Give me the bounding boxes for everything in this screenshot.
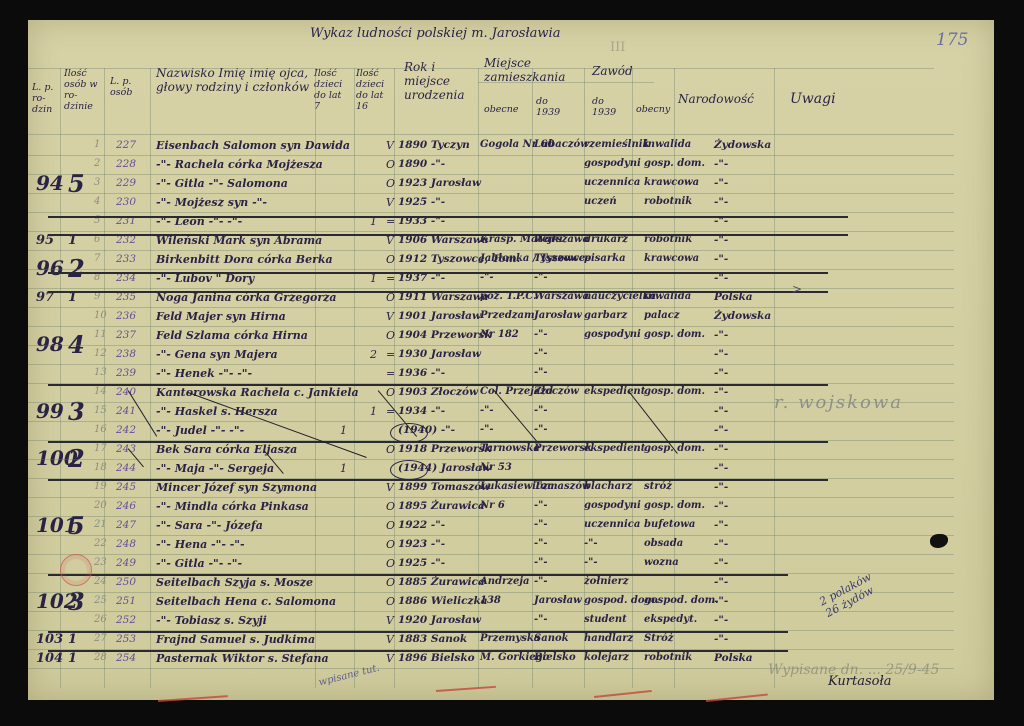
cell-res39: Bielsko	[534, 652, 576, 663]
signature: Kurtasoła	[828, 674, 891, 689]
circled-year	[390, 423, 428, 443]
cell-birth: 1934 -"-	[398, 405, 445, 417]
cell-lpo: 240	[116, 386, 136, 398]
cell-nat: -"-	[714, 633, 728, 645]
table-row: 27253Frajnd Samuel s. JudkimaV1883 Sanok…	[28, 631, 994, 650]
table-row: 2228-"- Rachela córka MojżeszaO1890 -"-g…	[28, 156, 994, 175]
cell-name: -"- Gitla -"- Salomona	[156, 177, 288, 190]
cell-lpo: 242	[116, 424, 136, 436]
cell-res39: -"-	[534, 538, 548, 549]
table-row: 17243Bek Sara córka EljaszaO1918 Przewor…	[28, 441, 994, 460]
cell-nat: Żydowska	[714, 139, 771, 151]
cell-birth: 1918 Przeworsk	[398, 443, 492, 455]
family-separator	[48, 479, 828, 481]
cell-birth: 1904 Przeworsk	[398, 329, 492, 341]
cell-name: Pasternak Wiktor s. Stefana	[156, 652, 329, 665]
cell-lpo: 246	[116, 500, 136, 512]
cell-mark: O	[386, 538, 395, 551]
cell-job: gosp. dom.	[644, 500, 705, 511]
cell-birth: 1936 -"-	[398, 367, 445, 379]
cell-lpo: 238	[116, 348, 136, 360]
cell-nat: -"-	[714, 557, 728, 569]
cell-res39: Jarosław	[534, 310, 582, 321]
cell-job39: blacharz	[584, 481, 632, 492]
cell-mark: V	[386, 481, 394, 494]
cell-lpo: 236	[116, 310, 136, 322]
cell-mark: O	[386, 158, 395, 171]
cell-res39: Tomaszów	[534, 481, 591, 492]
cell-job: bufetowa	[644, 519, 695, 530]
cell-job: inwalida	[644, 139, 691, 150]
table-row: 13239-"- Henek -"- -"-=1936 -"--"--"-	[28, 365, 994, 384]
red-underline	[436, 686, 496, 692]
cell-n: 21	[94, 519, 107, 530]
document-page: Wykaz ludności polskiej m. Jarosławia 17…	[28, 20, 994, 700]
cell-birth: 1923 Jarosław	[398, 177, 481, 189]
cell-name: -"- Haskel s. Hersza	[156, 405, 278, 418]
cell-name: -"- Gena syn Majera	[156, 348, 278, 361]
cell-n: 15	[94, 405, 107, 416]
cell-lpo: 250	[116, 576, 136, 588]
cell-name: Frajnd Samuel s. Judkima	[156, 633, 315, 646]
header-dzieci-7: Ilość dzieci do lat 7	[314, 68, 344, 112]
cell-birth: 1886 Wieliczka	[398, 595, 488, 607]
cell-nat: -"-	[714, 481, 728, 493]
cell-n: 3	[94, 177, 100, 188]
cell-n: 4	[94, 196, 100, 207]
family-separator	[48, 216, 848, 218]
cell-job: gospod. dom.	[644, 595, 719, 606]
cell-res39: -"-	[534, 614, 548, 625]
cell-lpo: 245	[116, 481, 136, 493]
cell-name: -"- Tobiasz s. Szyji	[156, 614, 267, 627]
cell-k16: 1	[370, 405, 377, 418]
cell-name: Birkenbitt Dora córka Berka	[156, 253, 333, 266]
cell-mark: =	[386, 348, 395, 361]
cell-job39: pisarka	[584, 253, 626, 264]
cell-birth: 1899 Tomaszów	[398, 481, 490, 493]
cell-job39: uczeń	[584, 196, 617, 207]
cell-mark: O	[386, 519, 395, 532]
cell-lpo: 249	[116, 557, 136, 569]
cell-mark: V	[386, 196, 394, 209]
family-separator	[48, 234, 848, 236]
table-row: 12238-"- Gena syn Majera2=1930 Jarosław-…	[28, 346, 994, 365]
cell-mark: O	[386, 253, 395, 266]
cell-lpo: 229	[116, 177, 136, 189]
cell-name: Kantorowska Rachela c. Jankiela	[156, 386, 359, 399]
header-zawod-obecny: obecny	[636, 104, 670, 115]
header-lp-rodzin: L. p. ro-dzin	[32, 82, 60, 115]
cell-mark: V	[386, 614, 394, 627]
cell-res39: -"-	[534, 557, 548, 568]
circled-year	[390, 460, 428, 480]
cell-lpo: 254	[116, 652, 136, 664]
cell-res39: Tyszowce	[534, 253, 585, 264]
cell-name: Feld Majer syn Hirna	[156, 310, 286, 323]
family-separator	[48, 384, 828, 386]
header-rok-miejsce: Rok i miejsce urodzenia	[404, 60, 474, 102]
header-nazwisko: Nazwisko Imię imię ojca, głowy rodziny i…	[156, 66, 316, 94]
cell-nat: -"-	[714, 443, 728, 455]
cell-res39: -"-	[534, 576, 548, 587]
cell-n: 7	[94, 253, 100, 264]
cell-n: 28	[94, 652, 107, 663]
cell-n: 13	[94, 367, 107, 378]
cell-job: gosp. dom.	[644, 158, 705, 169]
cell-res39: -"-	[534, 405, 548, 416]
cell-res: 138	[480, 595, 501, 606]
cell-res39: Złoczów	[534, 386, 579, 397]
cell-lpo: 239	[116, 367, 136, 379]
cell-res39: -"-	[534, 424, 548, 435]
red-underline	[594, 690, 652, 698]
cell-nat: -"-	[714, 329, 728, 341]
cell-nat: -"-	[714, 576, 728, 588]
cell-n: 22	[94, 538, 107, 549]
cell-n: 11	[94, 329, 107, 340]
header-zam-1939: do 1939	[536, 96, 564, 118]
family-separator	[48, 631, 788, 633]
cell-job39: kolejarz	[584, 652, 629, 663]
cell-res: Nr 182	[480, 329, 519, 340]
remark-note: r. wojskowa	[774, 392, 903, 413]
header-zam-obecnie: obecne	[484, 104, 518, 115]
cell-nat: -"-	[714, 177, 728, 189]
cell-job39: garbarz	[584, 310, 627, 321]
cell-mark: V	[386, 310, 394, 323]
cell-job39: gospodyni	[584, 158, 641, 169]
cell-nat: -"-	[714, 158, 728, 170]
cell-res39: Jarosław	[534, 595, 582, 606]
cell-mark: V	[386, 652, 394, 665]
arrow-mark: >	[792, 282, 802, 296]
cell-birth: 1890 -"-	[398, 158, 445, 170]
cell-mark: O	[386, 329, 395, 342]
cell-job: ekspedyt.	[644, 614, 697, 625]
cell-n: 20	[94, 500, 107, 511]
table-row: 7233Birkenbitt Dora córka BerkaO1912 Tys…	[28, 251, 994, 270]
cell-n: 19	[94, 481, 107, 492]
grid-line	[28, 68, 934, 69]
cell-birth: 1930 Jarosław	[398, 348, 481, 360]
red-underline	[158, 695, 228, 701]
cell-n: 12	[94, 348, 107, 359]
cell-name: Feld Szlama córka Hirna	[156, 329, 308, 342]
cell-job39: żołnierz	[584, 576, 629, 587]
cell-lpo: 251	[116, 595, 136, 607]
cell-job: stróż	[644, 481, 672, 492]
cell-birth: 1923 -"-	[398, 538, 445, 550]
table-row: 21247-"- Sara -"- JózefaO1922 -"--"-ucze…	[28, 517, 994, 536]
cell-mark: O	[386, 595, 395, 608]
cell-res39: Lubaczów	[534, 139, 589, 150]
table-row: 22248-"- Hena -"- -"-O1923 -"--"--"-obsa…	[28, 536, 994, 555]
cell-birth: 1890 Tyczyn	[398, 139, 470, 151]
cell-name: -"- Judel -"- -"-	[156, 424, 244, 437]
table-row: 23249-"- Gitla -"- -"-O1925 -"--"--"-woz…	[28, 555, 994, 574]
cell-lpo: 228	[116, 158, 136, 170]
cell-res39: -"-	[534, 367, 548, 378]
table-row: 3229-"- Gitla -"- SalomonaO1923 Jarosław…	[28, 175, 994, 194]
cell-name: Seitelbach Hena c. Salomona	[156, 595, 336, 608]
cell-job: palacz	[644, 310, 680, 321]
table-row: 18244-"- Maja -"- Sergeja1(1944) Jarosła…	[28, 460, 994, 479]
cell-name: Eisenbach Salomon syn Dawida	[156, 139, 350, 152]
header-zawod: Zawód	[592, 64, 633, 78]
red-underline	[706, 694, 768, 702]
cell-job39: gospodyni	[584, 500, 641, 511]
cell-mark: O	[386, 177, 395, 190]
cell-res: Przedzam.	[480, 310, 538, 321]
family-separator	[48, 441, 828, 443]
cell-birth: 1925 -"-	[398, 196, 445, 208]
cell-nat: -"-	[714, 462, 728, 474]
cell-res39: -"-	[534, 329, 548, 340]
header-zamieszkanie: Miejsce zamieszkania	[484, 56, 584, 84]
cell-nat: -"-	[714, 196, 728, 208]
cell-lpo: 247	[116, 519, 136, 531]
cell-res39: -"-	[534, 348, 548, 359]
cell-name: -"- Maja -"- Sergeja	[156, 462, 274, 475]
cell-name: Seitelbach Szyja s. Mosze	[156, 576, 313, 589]
cell-lpo: 244	[116, 462, 136, 474]
cell-mark: O	[386, 557, 395, 570]
cell-n: 18	[94, 462, 107, 473]
cell-n: 10	[94, 310, 107, 321]
cell-lpo: 233	[116, 253, 136, 265]
cell-res: Przemyska	[480, 633, 540, 644]
table-row: 26252-"- Tobiasz s. SzyjiV1920 Jarosław-…	[28, 612, 994, 631]
cell-nat: -"-	[714, 348, 728, 360]
header-zawod-1939: do 1939	[592, 96, 620, 118]
cell-n: 25	[94, 595, 107, 606]
cell-job: robotnik	[644, 196, 692, 207]
table-row: 19245Mincer Józef syn SzymonaV1899 Tomas…	[28, 479, 994, 498]
cell-mark: O	[386, 500, 395, 513]
cell-n: 24	[94, 576, 107, 587]
cell-name: Bek Sara córka Eljasza	[156, 443, 297, 456]
cell-job39: student	[584, 614, 627, 625]
cell-birth: 1901 Jarosław	[398, 310, 481, 322]
cell-k7: 1	[340, 462, 347, 475]
cell-job39: handlarz	[584, 633, 633, 644]
cell-name: -"- Rachela córka Mojżesza	[156, 158, 323, 171]
cell-job39: uczennica	[584, 519, 640, 530]
cell-n: 27	[94, 633, 107, 644]
cell-job: gosp. dom.	[644, 386, 705, 397]
page-number: 175	[936, 30, 968, 50]
cell-res39: -"-	[534, 519, 548, 530]
family-separator	[48, 272, 828, 274]
cell-lpo: 252	[116, 614, 136, 626]
cell-res39: -"-	[534, 500, 548, 511]
cell-name: -"- Henek -"- -"-	[156, 367, 252, 380]
cell-job: wozna	[644, 557, 679, 568]
cell-n: 17	[94, 443, 107, 454]
cell-birth: 1922 -"-	[398, 519, 445, 531]
cell-name: -"- Mojżesz syn -"-	[156, 196, 267, 209]
cell-nat: -"-	[714, 519, 728, 531]
grid-line	[478, 82, 654, 83]
cell-res39: Sanok	[534, 633, 569, 644]
family-separator	[48, 574, 788, 576]
header-dzieci-16: Ilość dzieci do lat 16	[356, 68, 390, 112]
cell-n: 26	[94, 614, 107, 625]
cell-mark: O	[386, 443, 395, 456]
cell-lpo: 237	[116, 329, 136, 341]
pencil-mark: III	[610, 40, 625, 55]
cell-n: 2	[94, 158, 100, 169]
cell-job: Stróż	[644, 633, 673, 644]
cell-job: krawcowa	[644, 253, 699, 264]
table-row: 16242-"- Judel -"- -"-1(1940) -"--"--"--…	[28, 422, 994, 441]
table-row: 11237Feld Szlama córka HirnaO1904 Przewo…	[28, 327, 994, 346]
cell-res: Nr 6	[480, 500, 505, 511]
grid-line	[28, 134, 954, 135]
cell-birth: 1896 Bielsko	[398, 652, 475, 664]
table-row: 4230-"- Mojżesz syn -"-V1925 -"-uczeńrob…	[28, 194, 994, 213]
cell-birth: 1895 Żurawica	[398, 500, 485, 512]
family-separator	[48, 650, 788, 652]
cell-mark: O	[386, 386, 395, 399]
cell-name: -"- Mindla córka Pinkasa	[156, 500, 309, 513]
cell-birth: 1925 -"-	[398, 557, 445, 569]
cell-nat: -"-	[714, 538, 728, 550]
cell-birth: 1883 Sanok	[398, 633, 467, 645]
cell-n: 23	[94, 557, 107, 568]
header-ilosc-osob: Ilość osób w ro-dzinie	[64, 68, 98, 112]
cell-k7: 1	[340, 424, 347, 437]
document-title: Wykaz ludności polskiej m. Jarosławia	[310, 26, 560, 41]
cell-job: krawcowa	[644, 177, 699, 188]
cell-job: robotnik	[644, 652, 692, 663]
cell-n: 16	[94, 424, 107, 435]
cell-lpo: 253	[116, 633, 136, 645]
cell-job39: uczennica	[584, 177, 640, 188]
cell-nat: -"-	[714, 424, 728, 436]
cell-mark: =	[386, 367, 395, 380]
cell-name: -"- Hena -"- -"-	[156, 538, 245, 551]
cell-lpo: 230	[116, 196, 136, 208]
cell-n: 14	[94, 386, 107, 397]
header-narodowosc: Narodowość	[678, 92, 754, 106]
cell-name: -"- Sara -"- Józefa	[156, 519, 263, 532]
cell-lpo: 227	[116, 139, 136, 151]
cell-nat: -"-	[714, 500, 728, 512]
cell-nat: -"-	[714, 253, 728, 265]
cell-job: gosp. dom.	[644, 329, 705, 340]
table-row: 1227Eisenbach Salomon syn DawidaV1890 Ty…	[28, 137, 994, 156]
cell-birth: 1903 Złoczów	[398, 386, 478, 398]
cell-res: Tarnowska	[480, 443, 540, 454]
cell-nat: -"-	[714, 595, 728, 607]
cell-nat: -"-	[714, 386, 728, 398]
stamp-icon	[60, 554, 92, 586]
table-row: 10236Feld Majer syn HirnaV1901 JarosławP…	[28, 308, 994, 327]
cell-res: -"-	[480, 424, 494, 435]
cell-lpo: 248	[116, 538, 136, 550]
cell-nat: -"-	[714, 614, 728, 626]
cell-lpo: 241	[116, 405, 136, 417]
cell-job39: gospodyni	[584, 329, 641, 340]
cell-res: Andrzeja	[480, 576, 529, 587]
cell-birth: 1885 Żurawica	[398, 576, 485, 588]
cell-job: obsada	[644, 538, 683, 549]
cell-job39: ekspedient	[584, 443, 645, 454]
cell-nat: -"-	[714, 367, 728, 379]
header-lp-osob: L. p. osób	[110, 76, 136, 98]
cell-job39: rzemieślnik	[584, 139, 649, 150]
family-separator	[48, 291, 828, 293]
cell-mark: O	[386, 576, 395, 589]
cell-job39: -"-	[584, 538, 598, 549]
cell-name: -"- Gitla -"- -"-	[156, 557, 242, 570]
cell-birth: 1920 Jarosław	[398, 614, 481, 626]
cell-name: Mincer Józef syn Szymona	[156, 481, 317, 494]
cell-nat: -"-	[714, 405, 728, 417]
cell-job39: -"-	[584, 557, 598, 568]
cell-res: Nr 53	[480, 462, 512, 473]
header-uwagi: Uwagi	[790, 92, 836, 106]
table-row: 20246-"- Mindla córka PinkasaO1895 Żuraw…	[28, 498, 994, 517]
cell-mark: V	[386, 633, 394, 646]
cell-n: 1	[94, 139, 100, 150]
cell-nat: Żydowska	[714, 310, 771, 322]
cell-nat: Polska	[714, 652, 753, 664]
cell-job39: ekspedient	[584, 386, 645, 397]
cell-mark: V	[386, 139, 394, 152]
cell-k16: 2	[370, 348, 377, 361]
cell-res: -"-	[480, 405, 494, 416]
